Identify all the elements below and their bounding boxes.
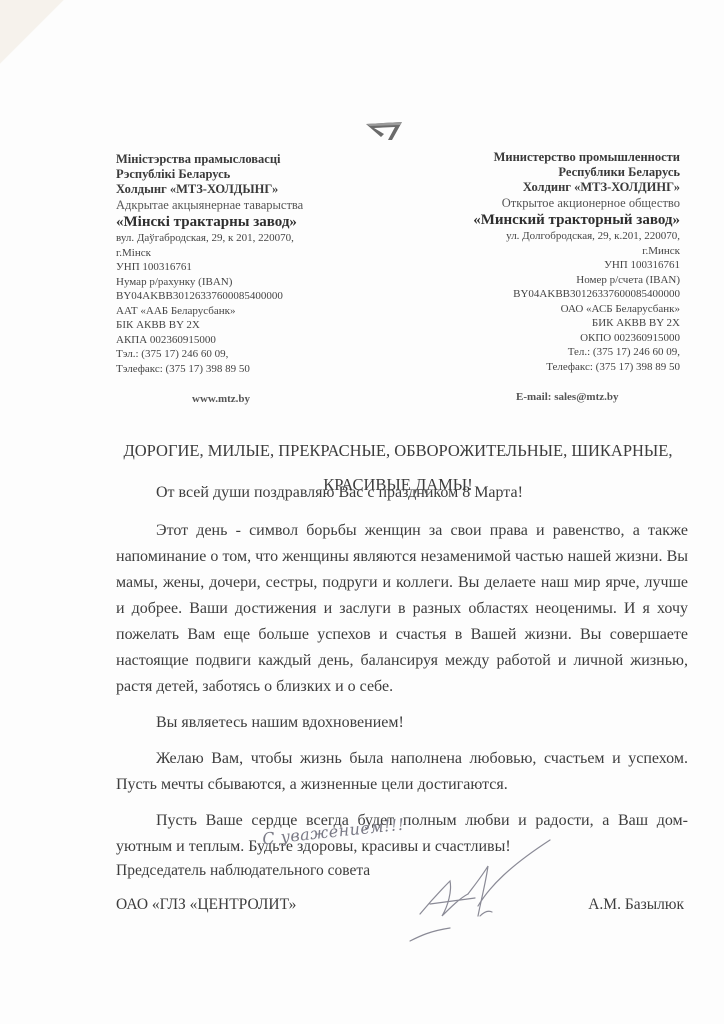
company-name: «Минский тракторный завод» xyxy=(400,211,680,229)
signatory-organization: ОАО «ГЛЗ «ЦЕНТРОЛИТ» xyxy=(116,896,296,914)
phone: Тэл.: (375 17) 246 60 09, xyxy=(116,347,356,362)
paragraph-congratulation: От всей души поздравляю Вас с праздником… xyxy=(116,480,688,506)
address-line2: г.Минск xyxy=(400,244,680,259)
bank: ОАО «АСБ Беларусбанк» xyxy=(400,302,680,317)
unp: УНП 100316761 xyxy=(116,260,356,275)
signatory-position: Председатель наблюдательного совета xyxy=(116,862,370,880)
bank: ААТ «ААБ Беларусбанк» xyxy=(116,304,356,319)
paragraph-inspiration: Вы являетесь нашим вдохновением! xyxy=(116,710,688,736)
phone: Тел.: (375 17) 246 60 09, xyxy=(400,345,680,360)
fax: Телефакс: (375 17) 398 89 50 xyxy=(400,360,680,375)
handwritten-signature-icon xyxy=(390,836,590,946)
scan-corner-artifact xyxy=(0,0,70,70)
address-line1: ул. Долгобродская, 29, к.201, 220070, xyxy=(400,229,680,244)
fax: Тэлефакс: (375 17) 398 89 50 xyxy=(116,362,356,377)
mtz-logo-icon xyxy=(362,118,408,144)
unp: УНП 100316761 xyxy=(400,258,680,273)
greeting-line1: ДОРОГИЕ, МИЛЫЕ, ПРЕКРАСНЫЕ, ОБВОРОЖИТЕЛЬ… xyxy=(108,434,688,468)
org-type: Открытое акционерное общество xyxy=(400,195,680,211)
okpo: АКПА 002360915000 xyxy=(116,333,356,348)
email-link[interactable]: E-mail: sales@mtz.by xyxy=(516,391,619,403)
holding-name: Холдинг «МТЗ-ХОЛДИНГ» xyxy=(400,180,680,195)
header-left-belarusian: Міністэрства прамысловасці Рэспублікі Бе… xyxy=(116,152,356,376)
website-link[interactable]: www.mtz.by xyxy=(192,393,250,405)
address-line2: г.Мінск xyxy=(116,246,356,261)
ministry-line1: Министерство промышленности xyxy=(400,150,680,165)
bik: БИК АКВВ BY 2X xyxy=(400,316,680,331)
iban-label: Нумар р/рахунку (IBAN) xyxy=(116,275,356,290)
letter-body: От всей души поздравляю Вас с праздником… xyxy=(116,480,688,870)
paragraph-symbol: Этот день - символ борьбы женщин за свои… xyxy=(116,518,688,700)
ministry-line2: Рэспублікі Беларусь xyxy=(116,167,356,182)
bik: БІК АКВВ BY 2X xyxy=(116,318,356,333)
company-name: «Мінскі трактарны завод» xyxy=(116,213,356,231)
iban-label: Номер р/счета (IBAN) xyxy=(400,273,680,288)
iban: BY04AKBB30126337600085400000 xyxy=(116,289,356,304)
paragraph-wishes: Желаю Вам, чтобы жизнь была наполнена лю… xyxy=(116,746,688,798)
org-type: Адкрытае акцыянернае таварыства xyxy=(116,197,356,213)
ministry-line2: Республики Беларусь xyxy=(400,165,680,180)
signatory-name: А.М. Базылюк xyxy=(588,896,684,914)
header-right-russian: Министерство промышленности Республики Б… xyxy=(400,150,680,374)
address-line1: вул. Даўгабродская, 29, к 201, 220070, xyxy=(116,231,356,246)
okpo: ОКПО 002360915000 xyxy=(400,331,680,346)
holding-name: Холдынг «МТЗ-ХОЛДЫНГ» xyxy=(116,182,356,197)
ministry-line1: Міністэрства прамысловасці xyxy=(116,152,356,167)
iban: BY04AKBB30126337600085400000 xyxy=(400,287,680,302)
